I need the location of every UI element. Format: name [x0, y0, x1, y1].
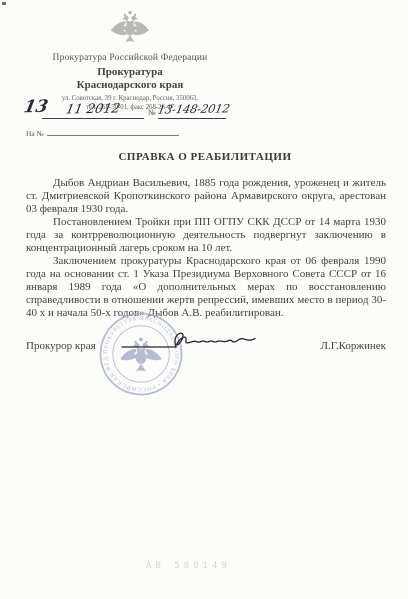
- signer-role: Прокурор края: [26, 340, 96, 352]
- signer-name: Л.Г.Коржинек: [321, 340, 386, 352]
- handwritten-date: 11 2012: [65, 102, 122, 118]
- outgoing-date-number-line: 13 11 2012 № 13-148-2012: [26, 102, 236, 124]
- reference-number-line: На №: [26, 127, 179, 138]
- letterhead: Прокуратура Российской Федерации Прокура…: [22, 8, 238, 112]
- document-body: Дыбов Андриан Васильевич, 1885 года рожд…: [26, 177, 386, 320]
- date-blank-line: 11 2012: [42, 100, 144, 119]
- reference-label: На №: [26, 129, 44, 138]
- blank-serial-number: АВ 580149: [146, 561, 231, 571]
- body-paragraph-2: Постановлением Тройки при ПП ОГПУ СКК ДС…: [26, 216, 386, 255]
- org-name-line2: Краснодарского края: [22, 79, 238, 92]
- body-paragraph-3: Заключением прокуратуры Краснодарского к…: [26, 255, 386, 320]
- scan-artifact-speck: [2, 2, 6, 5]
- org-name-line1: Прокуратура: [22, 66, 238, 79]
- handwritten-outgoing-number: 13-148-2012: [157, 101, 231, 116]
- double-headed-eagle-emblem-icon: [110, 8, 150, 50]
- reference-blank-line: [47, 127, 179, 136]
- body-paragraph-1: Дыбов Андриан Васильевич, 1885 года рожд…: [26, 177, 386, 216]
- document-title: СПРАВКА О РЕАБИЛИТАЦИИ: [26, 151, 384, 163]
- org-federation-line: Прокуратура Российской Федерации: [22, 53, 238, 63]
- handwritten-signature: [118, 328, 278, 360]
- number-blank-line: 13-148-2012: [158, 100, 226, 119]
- number-sign: №: [148, 108, 156, 117]
